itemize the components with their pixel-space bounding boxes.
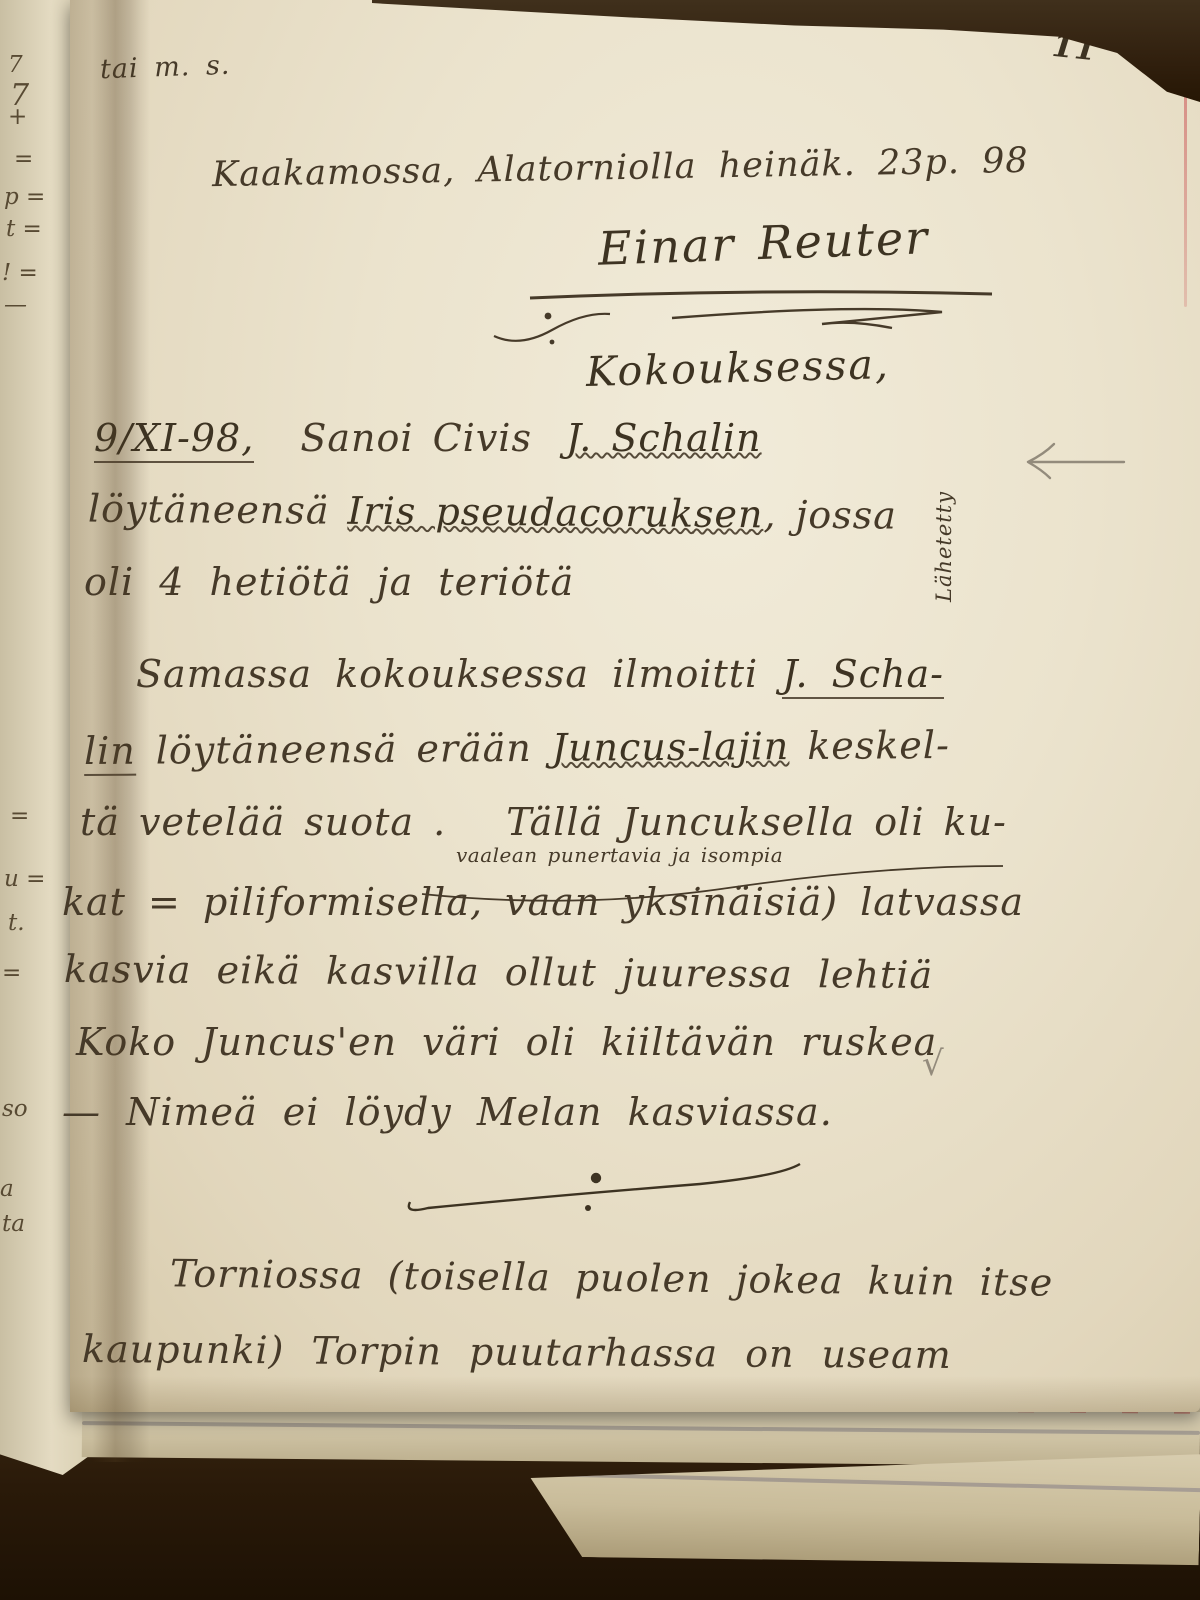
signature: Einar Reuter [597,210,930,276]
edge-writing-fragment: ! = [2,260,38,286]
checkmark-icon: √ [922,1044,945,1084]
arrow-left-icon [1018,440,1130,480]
bottom-shading [70,1376,1200,1412]
entry1-species: Iris pseudacoruksen [347,489,763,537]
edge-writing-fragment: = [10,803,29,829]
edge-writing-fragment: — [4,292,27,318]
section-title: Kokouksessa, [585,340,890,396]
manuscript-photo: 7 7 + = p = t = ! = — = u = t. = so a ta… [0,0,1200,1600]
entry2-line2-mid: löytäneensä erään [156,726,532,773]
divider-flourish-icon [400,1150,810,1220]
entry2-line3b: Tällä Juncuksella oli ku- [506,800,1007,844]
entry1-said: Sanoi Civis [300,416,532,460]
entry2-line1: Samassa kokouksessa ilmoittiJ. Scha- [136,652,944,696]
edge-writing-fragment: so [2,1096,28,1122]
margin-note-sent: Lähetetty [932,424,956,602]
entry2-line3: tä vetelää suota .Tällä Juncuksella oli … [80,800,1007,844]
entry1-line3: oli 4 hetiötä ja teriötä [84,560,574,604]
page-edge-line [82,1421,1200,1435]
divider-flourish-icon [490,306,615,350]
page-edge-line [531,1472,1200,1492]
edge-writing-fragment: t. [8,910,25,936]
edge-writing-fragment: 7 [8,52,23,78]
entry2-line2: linlöytäneensä eräänJuncus-lajinkeskel- [84,723,950,773]
entry3-line2: kaupunki) Torpin puutarhassa on useam [82,1327,952,1377]
edge-writing-fragment: u = [4,866,45,892]
entry3-line1: Torniossa (toisella puolen jokea kuin it… [170,1251,1054,1304]
entry2-species: Juncus-lajin [552,724,790,770]
entry2-line7: — Nimeä ei löydy Melan kasviassa. [62,1090,833,1134]
entry2-line4: kat = piliformisella, vaan yksinäisiä) l… [62,880,1024,924]
entry2-line6: Koko Juncus'en väri oli kiiltävän ruskea [76,1020,937,1064]
red-edge-mark [1184,92,1187,307]
dateline: Kaakamossa, Alatorniolla heinäk. 23p. 98 [212,141,1029,195]
binding-gutter-shadow [92,0,150,1462]
edge-writing-fragment: ta [2,1211,25,1237]
entry1-line2-post: , jossa [763,492,897,537]
entry2-line1-pre: Samassa kokouksessa ilmoitti [136,652,758,696]
entry2-name: J. Scha- [782,652,944,699]
edge-writing-fragment: = [2,960,21,986]
edge-writing-fragment: a [0,1176,14,1202]
edge-writing-fragment: p = [4,184,45,210]
entry1-line2: löytäneensäIris pseudacoruksen, jossa [88,486,897,537]
edge-writing-fragment: = [14,146,33,172]
entry2-line5: kasvia eikä kasvilla ollut juuressa leht… [64,947,933,997]
edge-writing-fragment: t = [6,216,42,242]
entry1-line1: 9/XI-98,Sanoi CivisJ. Schalin [94,416,762,460]
entry2-line2-post: keskel- [807,723,950,768]
edge-writing-fragment: + [8,104,27,130]
manuscript-page: tai m. s. 11 3 Kaakamossa, Alatorniolla … [70,0,1200,1412]
entry1-name: J. Schalin [566,416,762,460]
